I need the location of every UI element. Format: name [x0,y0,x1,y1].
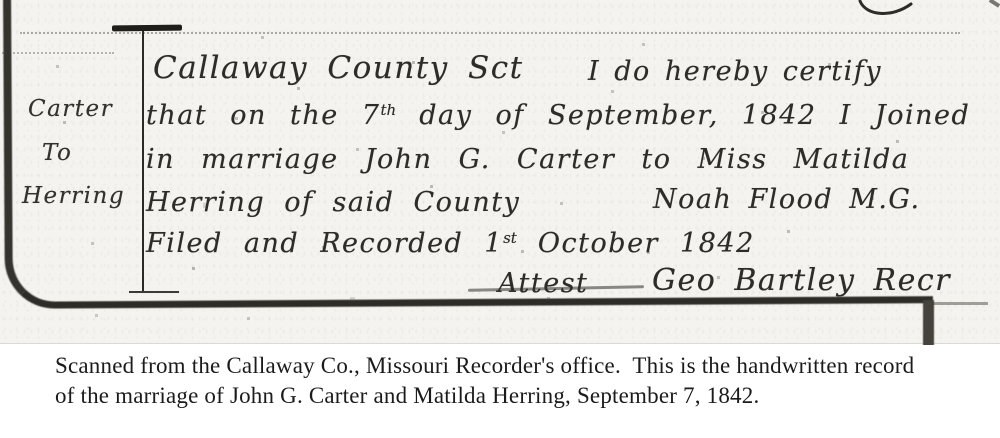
faint-dotted-ruling [20,32,960,34]
edge-mark-top-right [989,0,1000,8]
paper-speckle-noise [0,0,1,1]
record-line-county-heading: Callaway County Sct [153,50,524,86]
caption-line-1: Scanned from the Callaway Co., Missouri … [55,353,914,379]
screenshot-root: Carter To Herring Callaway County Sct I … [0,0,1000,438]
ledger-column-rule [142,28,144,291]
margin-bride-name: Herring [22,183,125,209]
faint-dotted-ruling-left [2,52,114,54]
caption-line-2: of the marriage of John G. Carter and Ma… [55,383,759,409]
record-line-date-superscript: th [380,101,396,119]
ledger-rule-bottom-tick [129,291,179,293]
record-line-attest: Attest [498,268,588,299]
record-line-filed: Filed and Recorded 1st October 1842 [146,228,755,259]
bottom-line-end-mark [923,300,934,346]
ledger-rule-top-dash [112,25,182,32]
record-line-bride-county: Herring of said County [146,187,520,218]
record-line-recorder-signature: Geo Bartley Recr [652,263,951,298]
record-line-marriage: in marriage John G. Carter to Miss Matil… [146,144,909,175]
record-line-filed-post: October 1842 [517,228,755,259]
record-line-date-pre: that on the 7 [146,100,380,131]
scanned-record: Carter To Herring Callaway County Sct I … [0,0,1000,344]
caption: Scanned from the Callaway Co., Missouri … [0,345,1000,438]
record-line-certify: I do hereby certify [588,56,882,87]
pen-stroke-top-right [858,0,914,20]
margin-groom-name: Carter [28,96,113,122]
record-line-date-post: day of September, 1842 I Joined [396,100,970,131]
record-line-minister-signature: Noah Flood M.G. [653,184,921,215]
record-line-filed-superscript: st [503,229,517,247]
record-line-date: that on the 7th day of September, 1842 I… [146,100,970,131]
record-line-filed-pre: Filed and Recorded 1 [146,228,503,259]
margin-to-label: To [42,140,72,166]
bottom-line-tail [932,302,988,305]
